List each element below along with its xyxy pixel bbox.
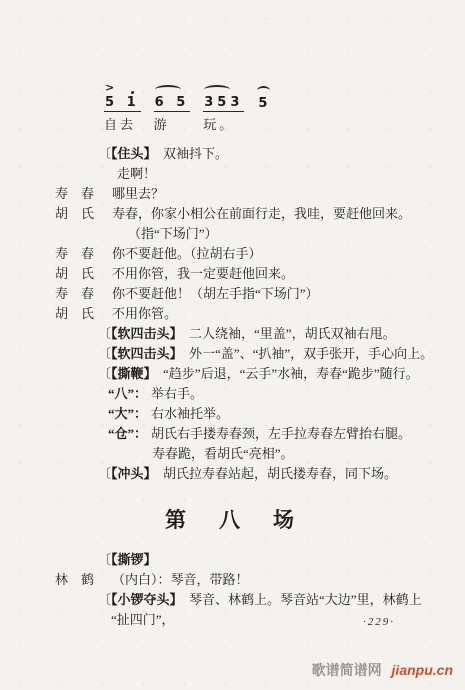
stage-direction-line: 〔【撕锣】	[55, 550, 437, 570]
direction-text: 举右手。	[151, 386, 203, 401]
speaker-name: 寿 春	[55, 284, 112, 304]
lyric-text: 玩。	[203, 116, 235, 134]
open-bracket: 〔	[98, 346, 111, 361]
drum-syllable: “仓”：	[108, 426, 147, 441]
percussion-tag: 【软四击头】	[111, 326, 189, 341]
lyric-text: 自去	[104, 116, 136, 134]
dialogue-text: 你不要赶他。（拉胡右手）	[112, 244, 262, 264]
open-bracket: 〔	[98, 592, 111, 607]
stage-direction-line: 〔【撕鞭】“趋步”后退，“云手”水袖，寿春“跪步”随行。	[55, 364, 437, 384]
percussion-tag: 【撕锣】	[111, 552, 163, 567]
dialogue-line: 寿 春 你不要赶他。（拉胡右手）	[55, 244, 437, 264]
slur-arc	[155, 85, 181, 94]
tie-arc	[257, 86, 270, 95]
watermark-url: jianpu.cn	[392, 662, 453, 678]
drum-syllable: “八”：	[108, 386, 147, 401]
stage-direction-line: 〔【软四击头】外一“盖”、“扒袖”，双手张开，手心向上。	[55, 344, 437, 364]
dialogue-line: 胡 氏 寿春，你家小相公在前面行走，我哇，要赶他回来。	[55, 204, 437, 224]
direction-text: 琴音、林鹤上。琴音站“大边”里，林鹤上	[189, 592, 422, 607]
direction-text: 双袖抖下。	[163, 146, 228, 161]
direction-text: 胡氏右手搂寿春颈，左手拉寿春左臂抬右腿。	[151, 426, 411, 441]
slur-arc	[204, 85, 230, 94]
note-marks	[257, 85, 272, 96]
note-digit-text: 6 5	[155, 95, 190, 110]
direction-text: “扯四门”，	[111, 612, 175, 627]
note-digits: 5 1	[104, 95, 141, 112]
note-digits: 5	[257, 96, 272, 112]
page-number: ·229·	[363, 616, 395, 628]
dialogue-line: 胡 氏 不用你管，我一定要赶他回来。	[55, 264, 437, 284]
accent-mark: >	[105, 82, 114, 93]
dialogue-text: 你不要赶他！（胡左手指“下场门”）	[112, 284, 319, 304]
note-group: 353 玩。	[203, 84, 244, 134]
drum-syllable-line: “仓”：胡氏右手搂寿春颈，左手拉寿春左臂抬右腿。	[55, 424, 437, 444]
note-digits: 353	[203, 95, 244, 112]
open-bracket: 〔	[98, 552, 111, 567]
open-bracket: 〔	[98, 466, 111, 481]
stage-direction-line: 〔【冲头】胡氏拉寿春站起，胡氏搂寿春，同下场。	[55, 464, 437, 484]
note-digit-text: 5 1	[105, 95, 140, 110]
open-bracket: 〔	[98, 146, 111, 161]
script-body: 〔【住头】双袖抖下。 走啊！ 寿 春 哪里去？ 胡 氏 寿春，你家小相公在前面行…	[55, 144, 437, 484]
note-group: > 5 1 自去	[104, 84, 141, 134]
dialogue-text: 不用你管。	[112, 304, 177, 324]
lyric-text: 游	[154, 116, 170, 134]
drum-syllable: “大”：	[108, 406, 147, 421]
dialogue-continuation-line: 走啊！	[55, 164, 437, 184]
dialogue-text: （内白）：琴音，带路！	[112, 570, 249, 590]
speaker-name: 胡 氏	[55, 304, 112, 324]
scene-heading: 第 八 场	[0, 504, 465, 534]
speaker-name: 胡 氏	[55, 264, 112, 284]
dialogue-line: 寿 春 你不要赶他！（胡左手指“下场门”）	[55, 284, 437, 304]
stage-direction-line: 〔【软四击头】二人绕袖，“里盖”，胡氏双袖右甩。	[55, 324, 437, 344]
watermark-site-name: 歌谱简谱网	[312, 662, 382, 678]
percussion-tag: 【冲头】	[111, 466, 163, 481]
watermark: 歌谱简谱网 jianpu.cn	[312, 660, 453, 680]
octave-dot	[131, 91, 134, 94]
note-group: 6 5 游	[154, 84, 191, 134]
percussion-tag: 【小锣夺头】	[111, 592, 189, 607]
percussion-tag: 【软四击头】	[111, 346, 189, 361]
percussion-tag: 【住头】	[111, 146, 163, 161]
speaker-name: 寿 春	[55, 184, 112, 204]
percussion-tag: 【撕鞭】	[111, 366, 163, 381]
note-marks: >	[104, 84, 141, 95]
speaker-name: 胡 氏	[55, 204, 112, 224]
drum-syllable-line: “八”：举右手。	[55, 384, 437, 404]
dialogue-text: 寿春，你家小相公在前面行走，我哇，要赶他回来。	[112, 204, 411, 224]
open-bracket: 〔	[98, 326, 111, 341]
stage-direction-line: 〔【住头】双袖抖下。	[55, 144, 437, 164]
direction-text: 二人绕袖，“里盖”，胡氏双袖右甩。	[189, 326, 396, 341]
open-bracket: 〔	[98, 366, 111, 381]
direction-text: 右水袖托举。	[151, 406, 229, 421]
dialogue-text: 走啊！	[117, 166, 156, 181]
dialogue-line: 林 鹤 （内白）：琴音，带路！	[55, 570, 437, 590]
note-marks	[203, 84, 244, 95]
speaker-name: 寿 春	[55, 244, 112, 264]
direction-text: 寿春跪，看胡氏“亮相”。	[152, 446, 294, 461]
note-digits: 6 5	[154, 95, 191, 112]
note-digit-text: 353	[204, 95, 243, 110]
stage-note-text: （指“下场门”）	[128, 226, 218, 241]
note-digit-text: 5	[258, 96, 271, 111]
speaker-name: 林 鹤	[55, 570, 112, 590]
direction-text: 外一“盖”、“扒袖”，双手张开，手心向上。	[189, 346, 433, 361]
jianpu-notation-line: > 5 1 自去 6 5 游 353 玩。 5	[104, 84, 465, 134]
stage-direction-line: 〔【小锣夺头】琴音、林鹤上。琴音站“大边”里，林鹤上	[55, 590, 437, 610]
note-group: 5	[257, 85, 272, 134]
stage-note-line: （指“下场门”）	[55, 224, 437, 244]
scanned-opera-script-page: > 5 1 自去 6 5 游 353 玩。 5	[0, 0, 465, 690]
drum-syllable-line: “大”：右水袖托举。	[55, 404, 437, 424]
dialogue-line: 寿 春 哪里去？	[55, 184, 437, 204]
direction-text: “趋步”后退，“云手”水袖，寿春“跪步”随行。	[163, 366, 419, 381]
direction-continuation-line: 寿春跪，看胡氏“亮相”。	[55, 444, 437, 464]
note-marks	[154, 84, 191, 95]
dialogue-text: 哪里去？	[112, 184, 164, 204]
dialogue-text: 不用你管，我一定要赶他回来。	[112, 264, 294, 284]
direction-text: 胡氏拉寿春站起，胡氏搂寿春，同下场。	[163, 466, 397, 481]
dialogue-line: 胡 氏 不用你管。	[55, 304, 437, 324]
